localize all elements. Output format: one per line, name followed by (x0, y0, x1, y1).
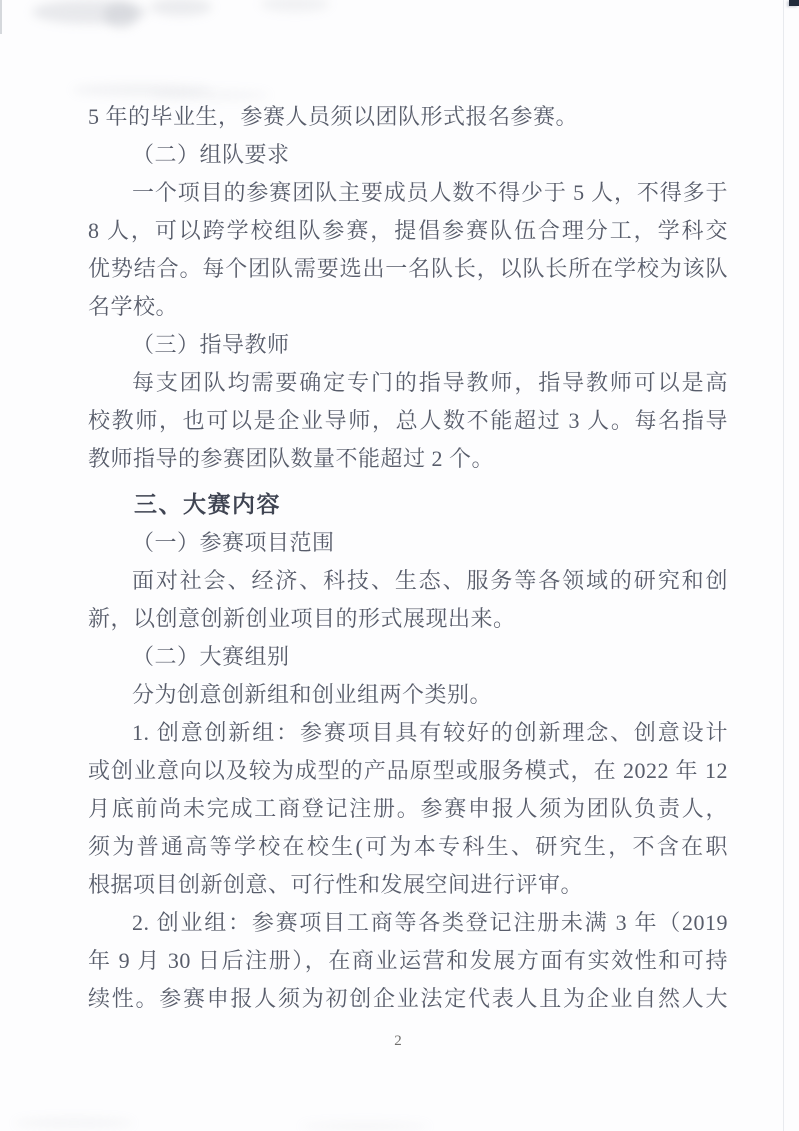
scan-smudge (150, 0, 212, 16)
scan-smudge (14, 1118, 134, 1128)
text-line: 校教师，也可以是企业导师，总人数不能超过 3 人。每名指导 (88, 402, 728, 440)
text-line: 2. 创业组：参赛项目工商等各类登记注册未满 3 年（2019 (88, 904, 728, 942)
scan-smudge (260, 0, 330, 12)
page-number: 2 (0, 1033, 796, 1050)
text-line: 8 人，可以跨学校组队参赛，提倡参赛队伍合理分工，学科交叉， (88, 212, 728, 250)
text-line: 须为普通高等学校在校生(可为本专科生、研究生，不含在职生)。 (88, 828, 728, 866)
text-line: 1. 创意创新组：参赛项目具有较好的创新理念、创意设计 (88, 714, 728, 752)
text-line: 5 年的毕业生，参赛人员须以团队形式报名参赛。 (88, 98, 728, 136)
subsection-heading: （一）参赛项目范围 (88, 524, 728, 562)
text-line: 新，以创意创新创业项目的形式展现出来。 (88, 600, 728, 638)
subsection-heading: （二）组队要求 (88, 136, 728, 174)
text-line: 分为创意创新组和创业组两个类别。 (88, 676, 728, 714)
scan-left-edge-artifact (0, 0, 2, 34)
text-line: 优势结合。每个团队需要选出一名队长，以队长所在学校为该队报 (88, 250, 728, 288)
subsection-heading: （二）大赛组别 (88, 638, 728, 676)
scan-corner-mark (789, 0, 799, 6)
subsection-heading: （三）指导教师 (88, 326, 728, 364)
scan-smudge (300, 1122, 430, 1131)
text-line: 名学校。 (88, 288, 728, 326)
scan-smudge (104, 2, 138, 28)
text-line: 根据项目创新创意、可行性和发展空间进行评审。 (88, 866, 728, 904)
text-line: 续性。参赛申报人须为初创企业法定代表人且为企业自然人大 (88, 980, 728, 1018)
scanned-document-page: 5 年的毕业生，参赛人员须以团队形式报名参赛。 （二）组队要求 一个项目的参赛团… (0, 0, 799, 1131)
text-line: 月底前尚未完成工商登记注册。参赛申报人须为团队负责人， (88, 790, 728, 828)
text-line: 或创业意向以及较为成型的产品原型或服务模式，在 2022 年 12 (88, 752, 728, 790)
text-line: 教师指导的参赛团队数量不能超过 2 个。 (88, 440, 728, 478)
text-line: 面对社会、经济、科技、生态、服务等各领域的研究和创 (88, 562, 728, 600)
section-heading: 三、大赛内容 (88, 486, 728, 524)
text-line: 年 9 月 30 日后注册），在商业运营和发展方面有实效性和可持 (88, 942, 728, 980)
text-line: 一个项目的参赛团队主要成员人数不得少于 5 人，不得多于 (88, 174, 728, 212)
text-line: 每支团队均需要确定专门的指导教师，指导教师可以是高 (88, 364, 728, 402)
scanner-edge-line (783, 0, 784, 1131)
document-body: 5 年的毕业生，参赛人员须以团队形式报名参赛。 （二）组队要求 一个项目的参赛团… (88, 98, 728, 1018)
